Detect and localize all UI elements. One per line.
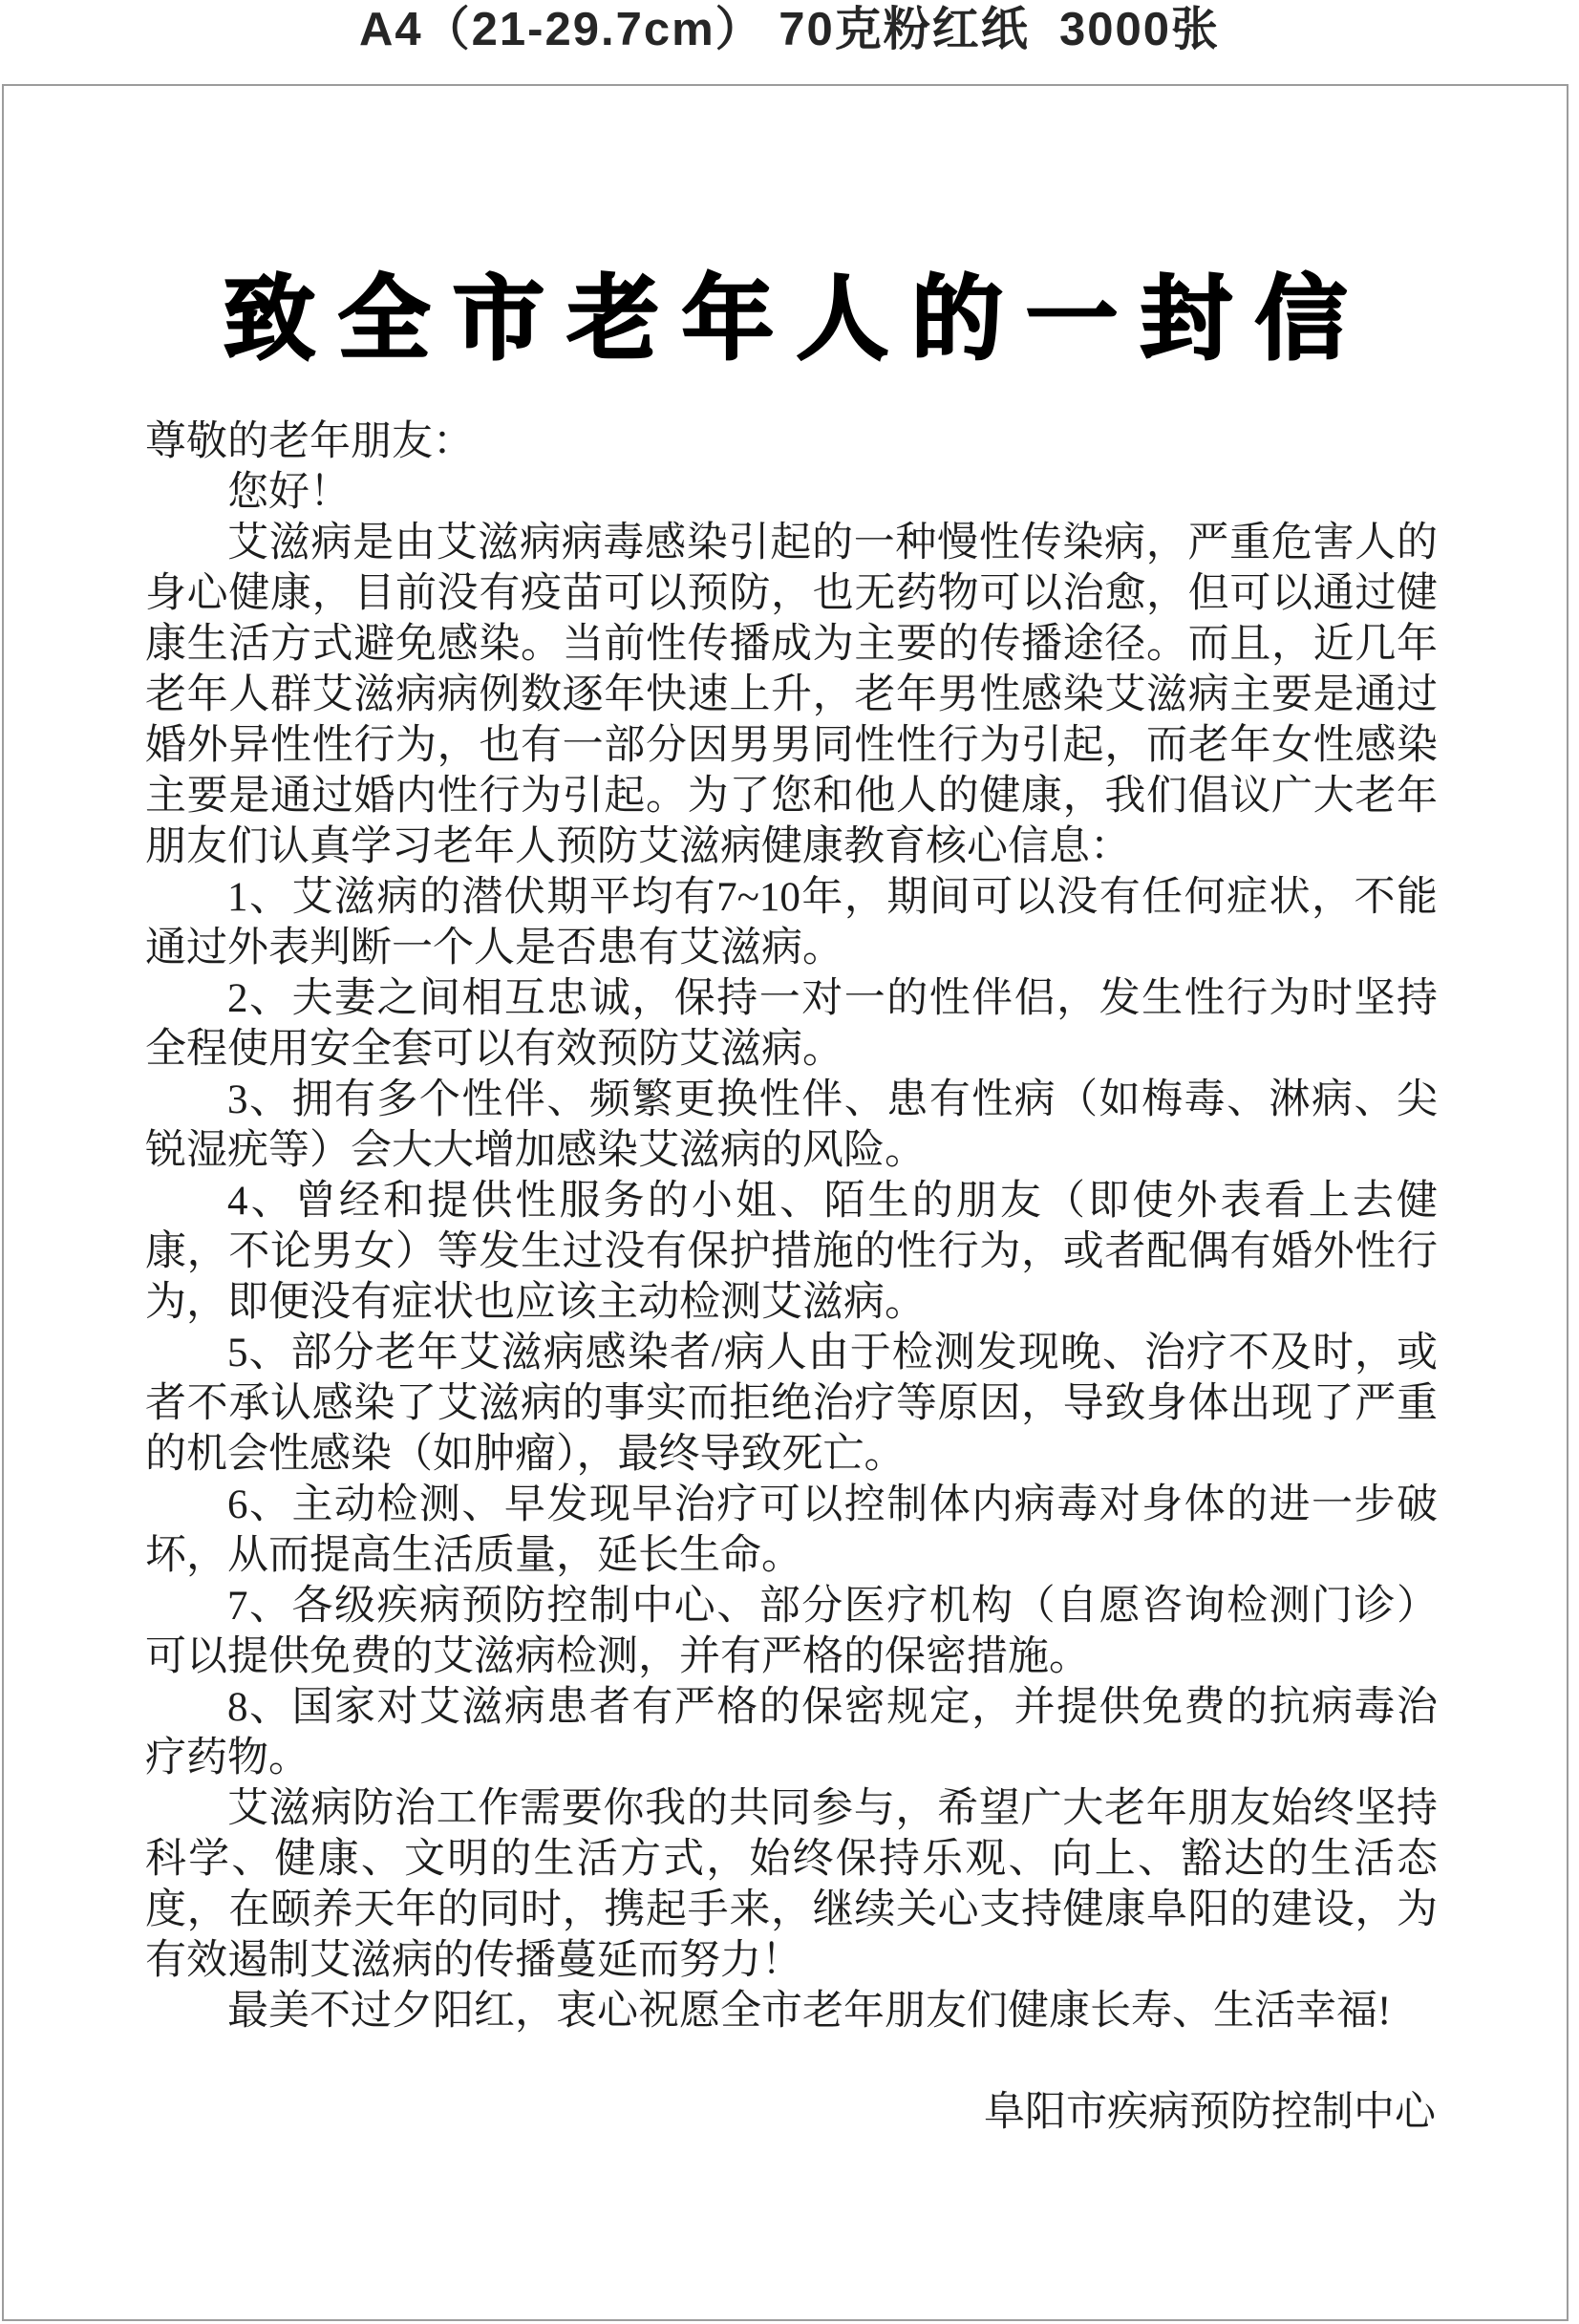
paragraph-item-4: 4、曾经和提供性服务的小姐、陌生的朋友（即使外表看上去健康，不论男女）等发生过没…: [145, 1176, 1438, 1328]
paragraph-intro: 艾滋病是由艾滋病病毒感染引起的一种慢性传染病，严重危害人的身心健康，目前没有疫苗…: [145, 518, 1438, 872]
paragraph-item-1: 1、艾滋病的潜伏期平均有7~10年，期间可以没有任何症状，不能通过外表判断一个人…: [145, 872, 1438, 973]
letter-page: A4（21-29.7cm） 70克粉红纸 3000张 致全市老年人的一封信 尊敬…: [0, 0, 1579, 2324]
paragraph-item-2: 2、夫妻之间相互忠诚，保持一对一的性伴侣，发生性行为时坚持全程使用安全套可以有效…: [145, 973, 1438, 1075]
signature: 阜阳市疾病预防控制中心: [145, 2087, 1438, 2138]
letter-body: 尊敬的老年朋友： 您好！ 艾滋病是由艾滋病病毒感染引起的一种慢性传染病，严重危害…: [145, 416, 1438, 2138]
paragraph-closing: 艾滋病防治工作需要你我的共同参与，希望广大老年朋友始终坚持科学、健康、文明的生活…: [145, 1783, 1438, 1986]
paragraph-greeting: 您好！: [145, 467, 1438, 518]
paragraph-item-3: 3、拥有多个性伴、频繁更换性伴、患有性病（如梅毒、淋病、尖锐湿疣等）会大大增加感…: [145, 1075, 1438, 1176]
paragraph-item-7: 7、各级疾病预防控制中心、部分医疗机构（自愿咨询检测门诊）可以提供免费的艾滋病检…: [145, 1581, 1438, 1682]
paragraph-item-5: 5、部分老年艾滋病感染者/病人由于检测发现晚、治疗不及时，或者不承认感染了艾滋病…: [145, 1328, 1438, 1480]
salutation: 尊敬的老年朋友：: [145, 416, 1438, 467]
print-spec-header: A4（21-29.7cm） 70克粉红纸 3000张: [0, 0, 1579, 59]
letter-border-frame: 致全市老年人的一封信 尊敬的老年朋友： 您好！ 艾滋病是由艾滋病病毒感染引起的一…: [2, 84, 1568, 2321]
paragraph-item-6: 6、主动检测、早发现早治疗可以控制体内病毒对身体的进一步破坏，从而提高生活质量，…: [145, 1480, 1438, 1581]
paragraph-item-8: 8、国家对艾滋病患者有严格的保密规定，并提供免费的抗病毒治疗药物。: [145, 1682, 1438, 1783]
letter-title: 致全市老年人的一封信: [4, 267, 1567, 373]
paragraph-wish: 最美不过夕阳红，衷心祝愿全市老年朋友们健康长寿、生活幸福!: [145, 1986, 1438, 2036]
